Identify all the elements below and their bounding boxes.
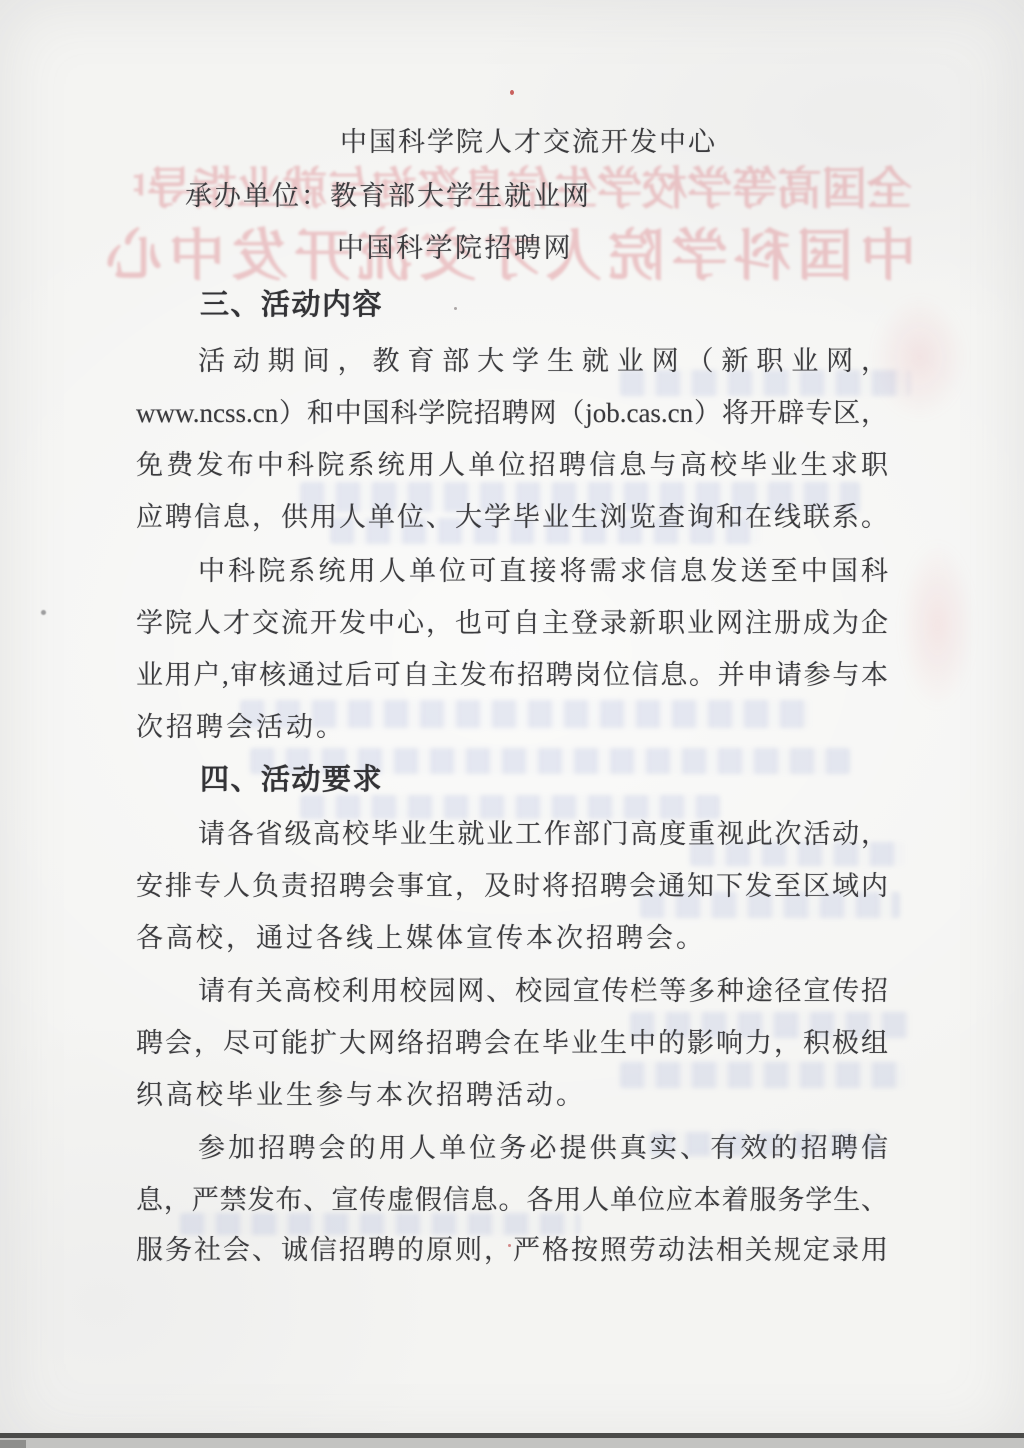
scan-bed-corner xyxy=(0,1440,26,1448)
para-line: 安排专人负责招聘会事宜，及时将招聘会通知下发至区域内 xyxy=(136,868,888,904)
para-line: 息，严禁发布、宣传虚假信息。各用人单位应本着服务学生、 xyxy=(136,1182,888,1218)
red-speck xyxy=(508,1244,511,1247)
co-organizer-line-2: 中国科学院招聘网 xyxy=(337,230,573,266)
para-line: 各高校，通过各线上媒体宣传本次招聘会。 xyxy=(136,920,888,956)
para-line: 中科院系统用人单位可直接将需求信息发送至中国科 xyxy=(136,553,888,589)
red-speck xyxy=(510,90,514,95)
para-line: 应聘信息，供用人单位、大学毕业生浏览查询和在线联系。 xyxy=(136,499,888,535)
para-line: 业用户,审核通过后可自主发布招聘岗位信息。并申请参与本 xyxy=(136,657,888,693)
para-line: 织高校毕业生参与本次招聘活动。 xyxy=(136,1077,888,1113)
para-line: 次招聘会活动。 xyxy=(136,709,888,745)
para-line: 学院人才交流开发中心，也可自主登录新职业网注册成为企 xyxy=(136,605,888,641)
grey-dot xyxy=(454,307,457,310)
para-line: 请各省级高校毕业生就业工作部门高度重视此次活动， xyxy=(136,816,888,852)
co-organizer-label-line: 承办单位：教育部大学生就业网 xyxy=(185,178,591,214)
grey-dot xyxy=(41,610,46,615)
para-line: 活动期间，教育部大学生就业网（新职业网， xyxy=(136,343,888,379)
para-line: 请有关高校利用校园网、校园宣传栏等多种途径宣传招 xyxy=(136,973,888,1009)
para-line: 聘会，尽可能扩大网络招聘会在毕业生中的影响力，积极组 xyxy=(136,1025,888,1061)
section-4-heading: 四、活动要求 xyxy=(200,761,383,799)
section-3-heading: 三、活动内容 xyxy=(200,286,383,324)
scan-bed-strip xyxy=(0,1438,1024,1448)
para-line: 参加招聘会的用人单位务必提供真实、有效的招聘信 xyxy=(136,1130,888,1166)
scanned-document-page: 全国高等学校学生信息咨询与就业指导中心 中国科学院人才交流开发中心 中国科学院人… xyxy=(0,0,1024,1448)
para-line: www.ncss.cn）和中国科学院招聘网（job.cas.cn）将开辟专区， xyxy=(136,395,888,431)
bleedthrough-pink-smudge xyxy=(900,540,975,710)
host-organization-line: 中国科学院人才交流开发中心 xyxy=(340,124,717,160)
para-line: 免费发布中科院系统用人单位招聘信息与高校毕业生求职 xyxy=(136,447,888,483)
para-line: 服务社会、诚信招聘的原则，严格按照劳动法相关规定录用 xyxy=(136,1232,888,1268)
